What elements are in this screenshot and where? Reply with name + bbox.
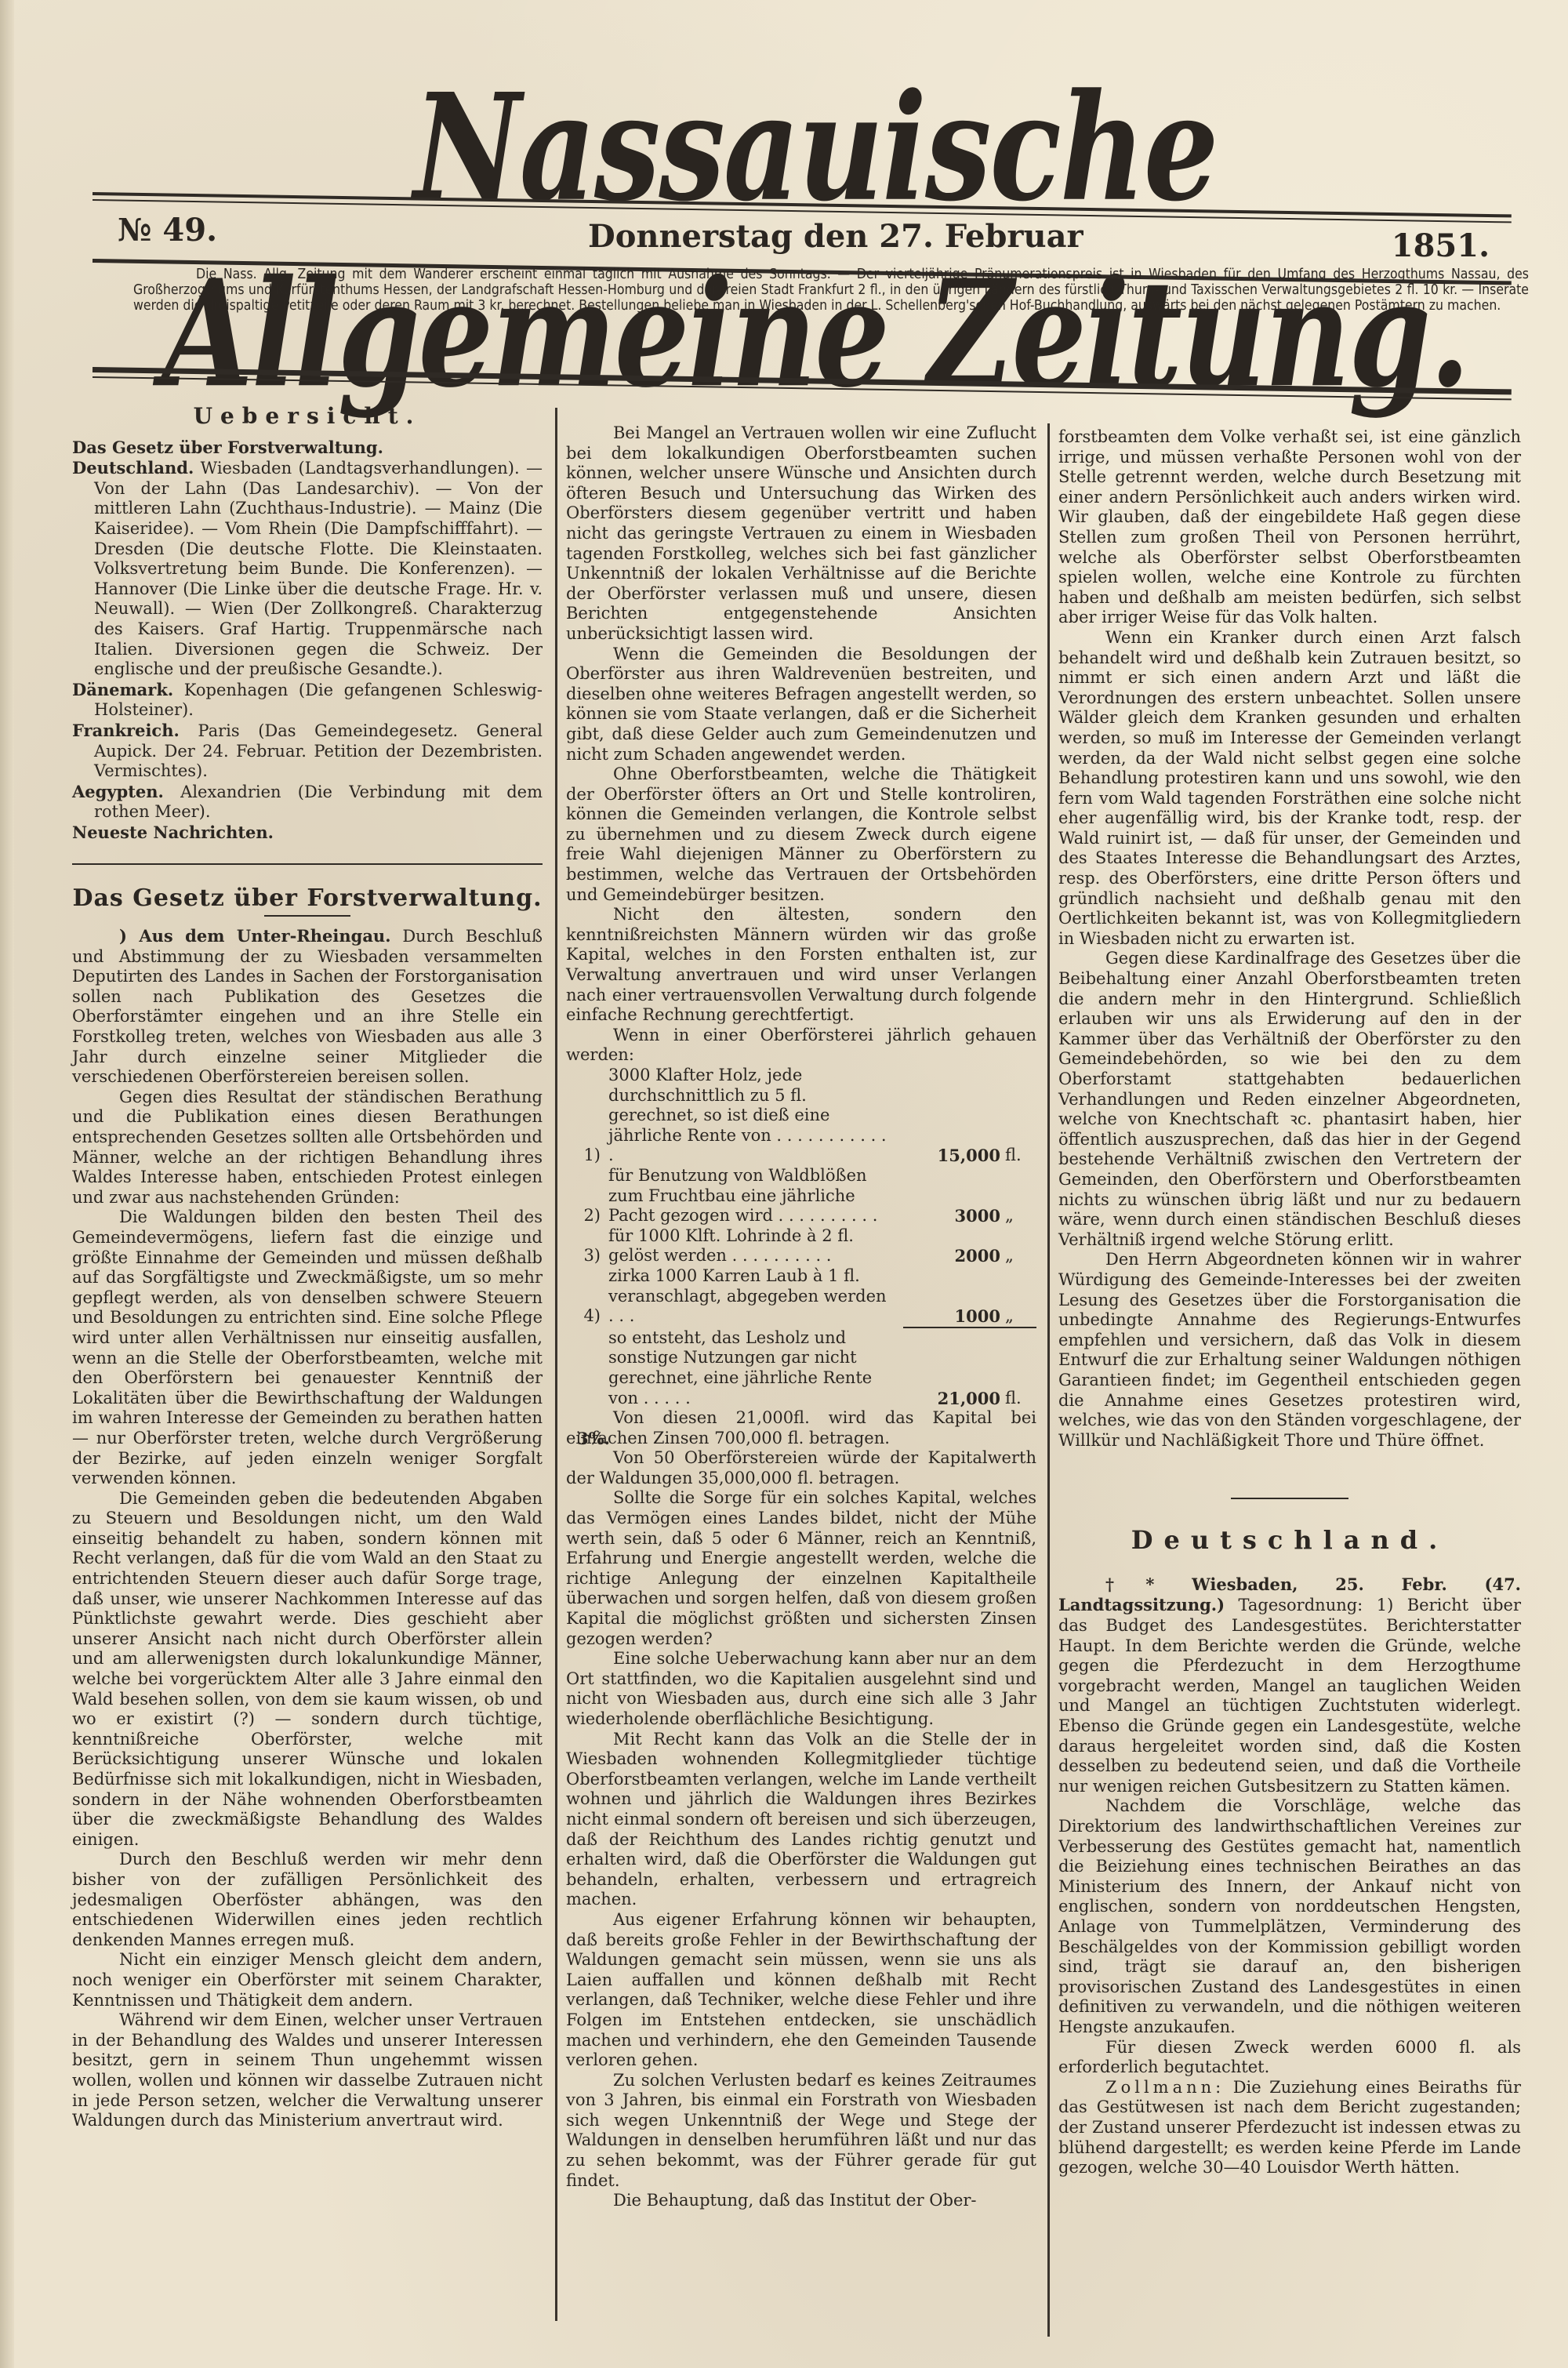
news-paragraph: Für diesen Zweck werden 6000 fl. als erf… [1058, 2038, 1521, 2078]
title-underline [264, 915, 350, 917]
article-paragraph: forstbeamten dem Volke verhaßt sei, ist … [1058, 427, 1521, 628]
overview-item: Frankreich. Paris (Das Gemeindegesetz. G… [72, 721, 543, 782]
overview-item: Neueste Nachrichten. [72, 823, 543, 844]
issue-date: Donnerstag den 27. Februar [588, 218, 1083, 255]
overview-item: Aegypten. Alexandrien (Die Verbindung mi… [72, 782, 543, 823]
article-paragraph: Ohne Oberforstbeamten, welche die Thätig… [566, 765, 1036, 905]
article-paragraph: Die Waldungen bilden den besten Theil de… [72, 1208, 543, 1488]
article-paragraph: Während wir dem Einen, welcher unser Ver… [72, 2010, 543, 2131]
calc-row: 1) 3000 Klafter Holz, jede durchschnittl… [566, 1066, 1036, 1166]
overview-item: Deutschland. Wiesbaden (Landtagsverhandl… [72, 458, 543, 680]
column-1: Uebersicht. Das Gesetz über Forstverwalt… [72, 392, 543, 2131]
issue-info-row: № 49. Donnerstag den 27. Februar 1851. [86, 212, 1513, 259]
article-paragraph: Eine solche Ueberwachung kann aber nur a… [566, 1649, 1036, 1729]
article-paragraph: Von 50 Oberförstereien würde der Kapital… [566, 1448, 1036, 1488]
calc-row: 3) für 1000 Klft. Lohrinde à 2 fl. gelös… [566, 1226, 1036, 1266]
section-rule [72, 863, 543, 865]
overview-list: Das Gesetz über Forstverwaltung. Deutsch… [72, 438, 543, 844]
news-paragraph: Zollmann: Die Zuziehung eines Beiraths f… [1058, 2078, 1521, 2178]
column-divider-1 [555, 408, 557, 2321]
speaker-name: Zollmann: [1105, 2078, 1225, 2097]
section-separator [1231, 1498, 1348, 1499]
article-paragraph: Gegen dies Resultat der ständischen Bera… [72, 1088, 543, 1208]
article-paragraph: Sollte die Sorge für ein solches Kapital… [566, 1488, 1036, 1649]
article-paragraph: Gegen diese Kardinalfrage des Gesetzes ü… [1058, 949, 1521, 1250]
calc-row: 4) zirka 1000 Karren Laub à 1 fl. verans… [566, 1266, 1036, 1327]
article-paragraph: ) Aus dem Unter-Rheingau. Durch Beschluß… [72, 926, 543, 1088]
overview-item: Das Gesetz über Forstverwaltung. [72, 438, 543, 459]
column-divider-2 [1047, 423, 1050, 2337]
article-paragraph: Nicht den ältesten, sondern den kenntniß… [566, 905, 1036, 1026]
germany-section-title: Deutschland. [1058, 1531, 1521, 1551]
book-spine-edge [0, 0, 14, 2368]
overview-title: Uebersicht. [72, 406, 543, 427]
revenue-calculation: 1) 3000 Klafter Holz, jede durchschnittl… [566, 1066, 1036, 1408]
news-paragraph: Nachdem die Vorschläge, welche das Direk… [1058, 1796, 1521, 2037]
article-paragraph: Wenn die Gemeinden die Besoldungen der O… [566, 645, 1036, 765]
article-dateline: ) Aus dem Unter-Rheingau. [119, 926, 391, 946]
interest-rate-note: 3%. [530, 1429, 610, 1449]
issue-number: № 49. [118, 212, 217, 249]
article-paragraph: Die Behauptung, daß das Institut der Obe… [566, 2191, 1036, 2211]
article-paragraph: Aus eigener Erfahrung können wir behaupt… [566, 1910, 1036, 2071]
article-paragraph: Zu solchen Verlusten bedarf es keines Ze… [566, 2071, 1036, 2192]
article-paragraph: Wenn in einer Oberförsterei jährlich geh… [566, 1026, 1036, 1066]
calc-total-row: so entsteht, das Lesholz und sonstige Nu… [566, 1328, 1036, 1408]
article-paragraph: Wenn ein Kranker durch einen Arzt falsch… [1058, 628, 1521, 950]
article-paragraph: Durch den Beschluß werden wir mehr denn … [72, 1850, 543, 1950]
subscription-notice-text: Die Nass. Allg. Zeitung mit dem Wanderer… [133, 267, 1529, 314]
article-title: Das Gesetz über Forstverwaltung. [72, 888, 543, 909]
article-paragraph: Nicht ein einziger Mensch gleicht dem an… [72, 1950, 543, 2010]
article-paragraph: Die Gemeinden geben die bedeutenden Abga… [72, 1489, 543, 1850]
subscription-notice: Die Nass. Allg. Zeitung mit dem Wanderer… [133, 267, 1529, 314]
calc-row: 2) für Benutzung von Waldblößen zum Fruc… [566, 1166, 1036, 1226]
article-paragraph: 3%.Von diesen 21,000fl. wird das Kapital… [566, 1408, 1036, 1448]
issue-year: 1851. [1392, 227, 1490, 264]
article-paragraph: Bei Mangel an Vertrauen wollen wir eine … [566, 423, 1036, 645]
overview-item: Dänemark. Kopenhagen (Die gefangenen Sch… [72, 680, 543, 721]
article-paragraph: Den Herrn Abgeordneten können wir in wah… [1058, 1250, 1521, 1451]
column-2: Bei Mangel an Vertrauen wollen wir eine … [566, 423, 1036, 2211]
article-paragraph: Mit Recht kann das Volk an die Stelle de… [566, 1730, 1036, 1910]
column-3: forstbeamten dem Volke verhaßt sei, ist … [1058, 427, 1521, 2178]
news-paragraph: †* Wiesbaden, 25. Febr. (47. Landtagssit… [1058, 1574, 1521, 1797]
